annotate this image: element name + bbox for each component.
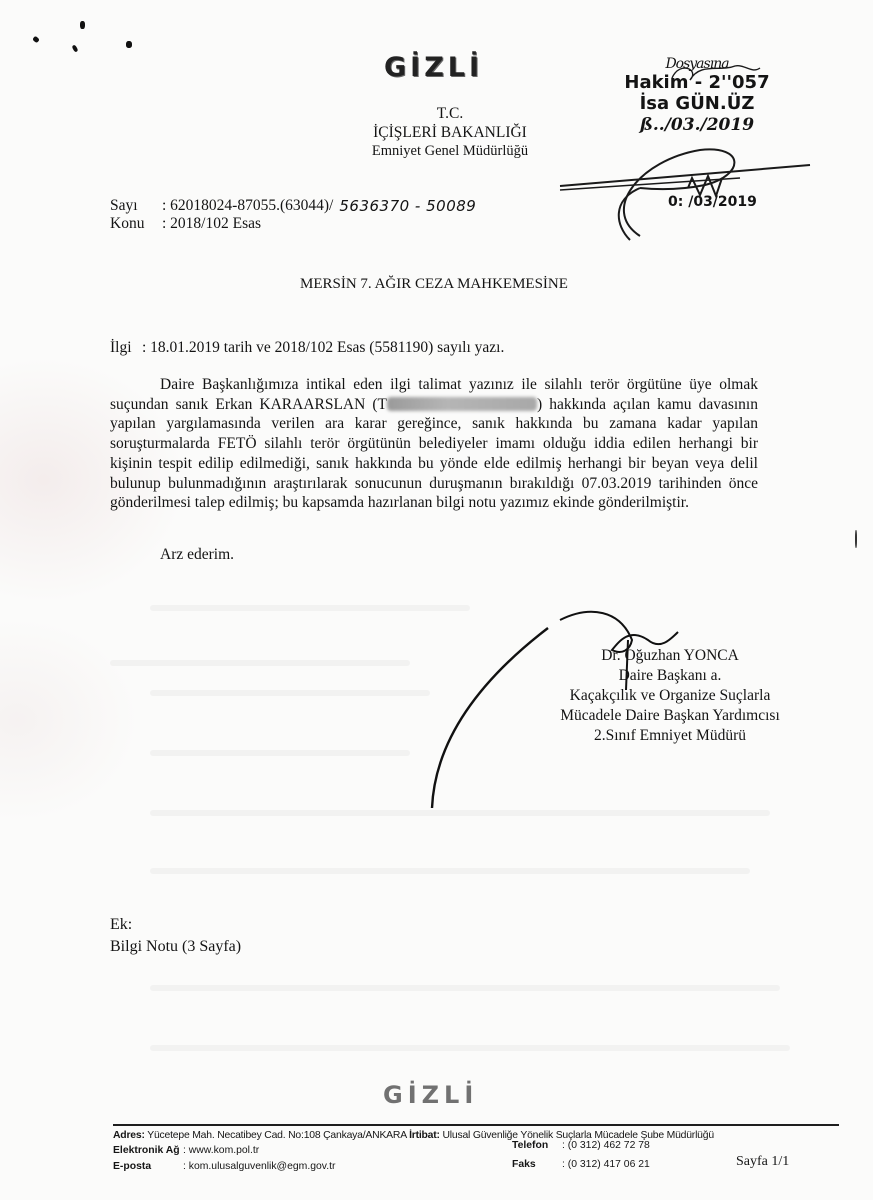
signatory-department-1: Kaçakçılık ve Organize Suçlarla xyxy=(530,686,810,706)
judge-signature-zigzag xyxy=(688,176,722,196)
body-part-2: ) hakkında açılan kamu davasının yapılan… xyxy=(110,396,758,512)
scan-speck xyxy=(32,36,40,44)
scan-speck xyxy=(855,530,857,548)
reference-label: Sayı xyxy=(110,197,162,215)
email-label: E-posta xyxy=(113,1161,151,1172)
judge-signature-loop xyxy=(624,149,735,236)
footer-contact-grid: Elektronik Ağ : www.kom.pol.tr E-posta :… xyxy=(113,1142,839,1176)
letter-body: Daire Başkanlığımıza intikal eden ilgi t… xyxy=(110,375,758,513)
header-directorate: Emniyet Genel Müdürlüğü xyxy=(300,142,600,161)
signature-block: Dr. Oğuzhan YONCA Daire Başkanı a. Kaçak… xyxy=(530,646,810,746)
judge-signature-stroke xyxy=(560,178,740,190)
reference-line: İlgi : 18.01.2019 tarih ve 2018/102 Esas… xyxy=(110,339,504,357)
bleed-through-line xyxy=(150,750,410,756)
judge-date: ß../03./2019 xyxy=(592,114,802,136)
bleed-through-line xyxy=(150,690,430,696)
email-value[interactable]: : kom.ulusalguvenlik@egm.gov.tr xyxy=(183,1161,335,1172)
received-date-stamp: 0: /03/2019 xyxy=(668,194,757,210)
reference-line-value: : 18.01.2019 tarih ve 2018/102 Esas (558… xyxy=(142,339,504,357)
bleed-through-line xyxy=(150,605,470,611)
closing-phrase: Arz ederim. xyxy=(160,546,234,564)
footer-address-line: Adres: Yücetepe Mah. Necatibey Cad. No:1… xyxy=(113,1130,839,1141)
judge-name: İsa GÜN.ÜZ xyxy=(592,93,802,114)
paper-background xyxy=(0,0,873,1200)
contact-label: İrtibat: xyxy=(409,1130,440,1141)
bleed-through-line xyxy=(150,985,780,991)
header-ministry: İÇİŞLERİ BAKANLIĞI xyxy=(300,123,600,142)
letterhead-footer: Adres: Yücetepe Mah. Necatibey Cad. No:1… xyxy=(113,1124,839,1176)
bleed-through-line xyxy=(150,810,770,816)
annex-item: Bilgi Notu (3 Sayfa) xyxy=(110,936,241,958)
phone-value: : (0 312) 462 72 78 xyxy=(562,1140,650,1151)
subject-label: Konu xyxy=(110,215,162,233)
address-label: Adres: xyxy=(113,1130,145,1141)
fax-value: : (0 312) 417 06 21 xyxy=(562,1159,650,1170)
phone-label: Telefon xyxy=(512,1140,548,1151)
web-value[interactable]: : www.kom.pol.tr xyxy=(183,1145,259,1156)
bleed-through-line xyxy=(110,660,410,666)
scan-speck xyxy=(72,44,79,52)
signatory-rank: 2.Sınıf Emniyet Müdürü xyxy=(530,726,810,746)
signatory-role: Daire Başkanı a. xyxy=(530,666,810,686)
redaction-blur xyxy=(387,397,537,411)
signatory-name: Dr. Oğuzhan YONCA xyxy=(530,646,810,666)
judge-title: Hakim - 2''057 xyxy=(592,72,802,93)
classification-stamp-top: GİZLİ xyxy=(384,52,483,83)
handwriting-ink-layer xyxy=(0,0,873,1200)
annex: Ek: Bilgi Notu (3 Sayfa) xyxy=(110,914,241,958)
reference-value: : 62018024-87055.(63044)/ xyxy=(162,197,333,215)
scan-speck xyxy=(80,21,85,29)
judge-signature-tail xyxy=(619,188,640,240)
signatory-department-2: Mücadele Daire Başkan Yardımcısı xyxy=(530,706,810,726)
fax-label: Faks xyxy=(512,1159,536,1170)
bleed-through-line xyxy=(150,868,750,874)
subject-value: : 2018/102 Esas xyxy=(162,215,261,233)
header-country: T.C. xyxy=(300,104,600,123)
page-number: Sayfa 1/1 xyxy=(736,1154,789,1170)
reference-line-label: İlgi xyxy=(110,339,142,357)
addressee: MERSİN 7. AĞIR CEZA MAHKEMESİNE xyxy=(300,276,568,293)
judge-handwritten-note: Dosyasına xyxy=(592,56,802,72)
judge-annotation: Dosyasına Hakim - 2''057 İsa GÜN.ÜZ ß../… xyxy=(592,56,802,136)
reference-number-row: Sayı : 62018024-87055.(63044)/ 5636370 -… xyxy=(110,197,476,215)
annex-label: Ek: xyxy=(110,914,241,936)
scan-speck xyxy=(126,41,132,48)
web-label: Elektronik Ağ xyxy=(113,1145,180,1156)
footer-divider xyxy=(113,1124,839,1126)
reference-handwritten: 5636370 - 50089 xyxy=(339,197,476,215)
bleed-through-line xyxy=(150,1045,790,1051)
institution-header: T.C. İÇİŞLERİ BAKANLIĞI Emniyet Genel Mü… xyxy=(300,104,600,161)
document-meta: Sayı : 62018024-87055.(63044)/ 5636370 -… xyxy=(110,197,476,233)
address-value: Yücetepe Mah. Necatibey Cad. No:108 Çank… xyxy=(147,1130,406,1141)
subject-row: Konu : 2018/102 Esas xyxy=(110,215,476,233)
judge-signature-stroke xyxy=(560,165,810,186)
classification-stamp-bottom: GİZLİ xyxy=(383,1081,478,1109)
